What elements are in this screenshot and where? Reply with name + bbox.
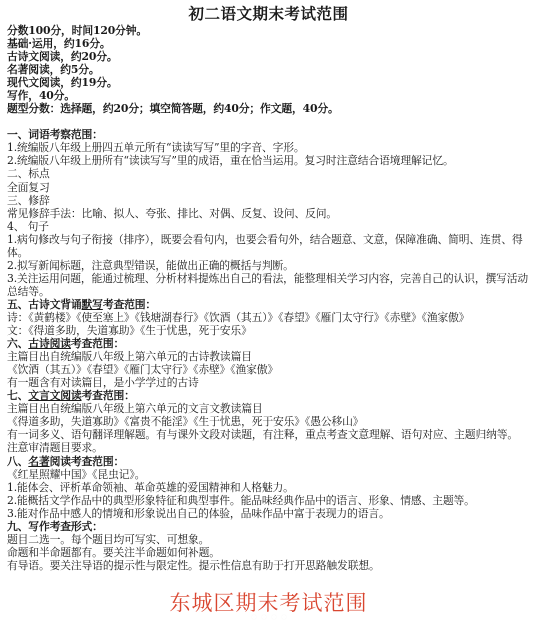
carousel-dot-4[interactable] — [282, 615, 286, 619]
section-item: 有一题含有对读篇目，是小学学过的古诗 — [7, 376, 535, 389]
section-item: 1.能体会、评析革命领袖、革命英雄的爱国精神和人格魅力。 — [7, 481, 535, 494]
section-item: 文：《得道多助，失道寡助》《生于忧患，死于安乐》 — [7, 324, 535, 337]
overlay-caption: 东城区期末考试范围 — [0, 590, 537, 616]
heading-suffix: 阅读考查范围： — [50, 455, 125, 468]
section-heading: 二、标点 — [7, 167, 535, 180]
heading-suffix: 考查范围： — [82, 389, 135, 402]
heading-prefix: 七、 — [7, 389, 28, 402]
summary-line: 写作，40分。 — [7, 89, 535, 102]
section-item: 2.拟写新闻标题，注意典型错误，能做出正确的概括与判断。 — [7, 259, 535, 272]
section-item: 常见修辞手法：比喻、拟人、夸张、排比、对偶、反复、设问、反问。 — [7, 207, 535, 220]
section-heading: 三、修辞 — [7, 194, 535, 207]
heading-prefix: 六、 — [7, 337, 28, 350]
section-item: 1.病句修改与句子衔接（排序），既要会看句内，也要会看句外，结合题意、文意，保障… — [7, 233, 535, 259]
section-heading: 七、文言文阅读考查范围： — [7, 389, 535, 402]
section-item: 2.统编版八年级上册所有“读读写写”里的成语，重在恰当运用。复习时注意结合语境理… — [7, 154, 535, 167]
section-item: 《饮酒（其五）》《春望》《雁门太守行》《赤壁》《渔家傲》 — [7, 363, 535, 376]
section-heading: 九、写作考查形式： — [7, 520, 535, 533]
heading-underlined: 文言文阅读 — [28, 389, 81, 402]
section-item: 有导语。要关注导语的提示性与限定性。提示性信息有助于打开思路触发联想。 — [7, 559, 535, 572]
section-item: 《得道多助，失道寡助》《富贵不能淫》《生于忧患，死于安乐》《愚公移山》 — [7, 415, 535, 428]
section-heading: 4、 句子 — [7, 220, 535, 233]
section-item: 题目二选一。每个题目均可写实、可想象。 — [7, 533, 535, 546]
section-item: 诗：《黄鹤楼》《使至塞上》《钱塘湖春行》《饮酒（其五）》《春望》《雁门太守行》《… — [7, 311, 535, 324]
summary-line: 名著阅读，约5分。 — [7, 63, 535, 76]
section-item: 3.能对作品中感人的情境和形象说出自己的体验，品味作品中富于表现力的语言。 — [7, 507, 535, 520]
carousel-dot-2[interactable] — [262, 615, 266, 619]
section-item: 命题和半命题都有。要关注半命题如何补题。 — [7, 546, 535, 559]
heading-underlined: 古诗阅读 — [28, 337, 71, 350]
section-item: 2.能概括文学作品中的典型形象特征和典型事件。能品味经典作品中的语言、形象、情感… — [7, 494, 535, 507]
summary-line: 题型分数：选择题，约20分；填空简答题，约40分；作文题，40分。 — [7, 102, 535, 115]
section-item: 3.关注运用问题，能通过梳理、分析材料提炼出自己的看法，能整理相关学习内容，完善… — [7, 272, 535, 298]
section-item: 1.统编版八年级上册四五单元所有“读读写写”里的字音、字形。 — [7, 141, 535, 154]
document-title: 初二语文期末考试范围 — [0, 4, 537, 24]
section-item: 有一词多义、语句翻译理解题。有与课外文段对读题，有注释，重点考查文意理解、语句对… — [7, 428, 535, 441]
heading-underlined: 名著 — [28, 455, 49, 468]
document-body: 分数100分，时间120分钟。 基础·运用，约16分。 古诗文阅读，约20分。 … — [7, 24, 535, 572]
summary-line: 基础·运用，约16分。 — [7, 37, 535, 50]
section-item: 《红星照耀中国》《昆虫记》。 — [7, 468, 535, 481]
section-item: 全面复习 — [7, 181, 535, 194]
summary-line: 现代文阅读，约19分。 — [7, 76, 535, 89]
section-heading: 六、古诗阅读考查范围： — [7, 337, 535, 350]
section-heading: 一、词语考察范围： — [7, 128, 535, 141]
section-heading: 八、名著阅读考查范围： — [7, 455, 535, 468]
carousel-dot-1[interactable] — [252, 615, 256, 619]
section-item: 注意审清题目要求。 — [7, 441, 535, 454]
heading-prefix: 五、古诗文背诵 — [7, 298, 82, 311]
section-item: 主篇目出自统编版八年级上第六单元的文言文教读篇目 — [7, 402, 535, 415]
section-item: 主篇目出自统编版八年级上第六单元的古诗教读篇目 — [7, 350, 535, 363]
document-image: 初二语文期末考试范围 分数100分，时间120分钟。 基础·运用，约16分。 古… — [0, 0, 537, 629]
heading-underlined: 默写 — [82, 298, 103, 311]
heading-suffix: 考查范围： — [71, 337, 124, 350]
carousel-indicator[interactable] — [0, 615, 537, 619]
summary-line: 古诗文阅读，约20分。 — [7, 50, 535, 63]
carousel-dot-3[interactable] — [272, 615, 276, 619]
heading-suffix: 考查范围： — [103, 298, 156, 311]
spacer — [7, 115, 535, 128]
summary-line: 分数100分，时间120分钟。 — [7, 24, 535, 37]
heading-prefix: 八、 — [7, 455, 28, 468]
section-heading: 五、古诗文背诵默写考查范围： — [7, 298, 535, 311]
